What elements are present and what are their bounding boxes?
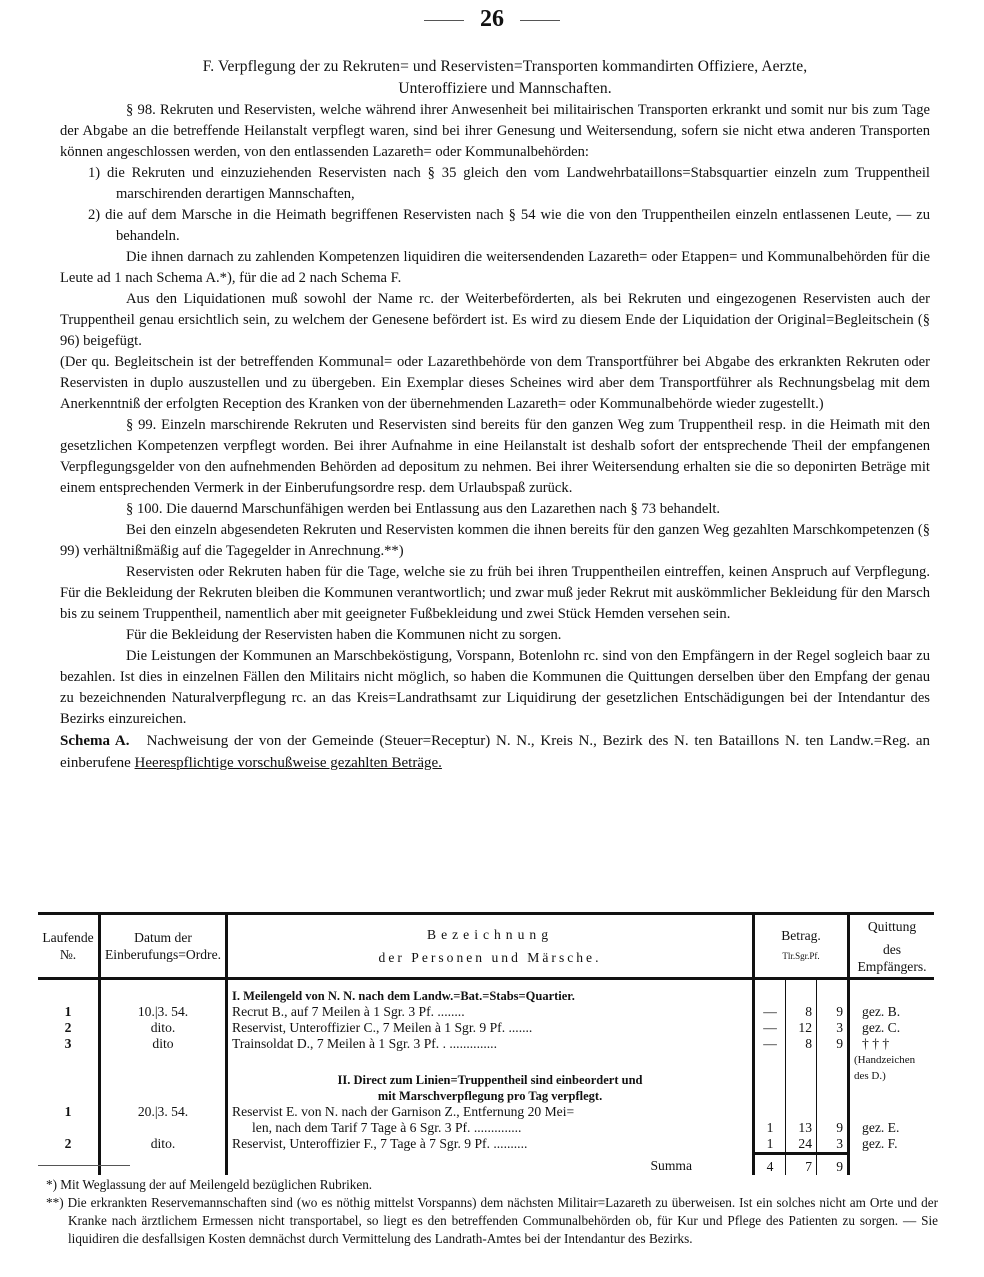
row-nr: 3 (38, 1036, 100, 1084)
row-description-line1: Reservist E. von N. nach der Garnison Z.… (232, 1104, 748, 1120)
table-row: 2 dito. Reservist, Unteroffizier F., 7 T… (38, 1136, 934, 1154)
section-title: F. Verpflegung der zu Rekruten= und Rese… (60, 56, 950, 100)
row-description: Recrut B., auf 7 Meilen à 1 Sgr. 3 Pf. .… (227, 1004, 754, 1020)
cross-marks: † † † (862, 1036, 930, 1052)
header-description-line2: der Personen und Märsche. (232, 949, 748, 966)
row-date: 20.|3. 54. (100, 1104, 227, 1136)
row-taler: — (754, 1004, 786, 1020)
section-row-2: II. Direct zum Linien=Truppentheil sind … (38, 1084, 934, 1104)
paragraph-98: § 98. Rekruten und Reservisten, welche w… (60, 100, 930, 163)
row-nr: 1 (38, 1004, 100, 1020)
paragraph-liquidationen: Aus den Liquidationen muß sowohl der Nam… (60, 289, 930, 352)
row-pfennig: 3 (817, 1136, 849, 1154)
paragraph-zu-frueh: Reservisten oder Rekruten haben für die … (60, 562, 930, 625)
header-description: Bezeichnung der Personen und Märsche. (227, 914, 754, 979)
rule-right (520, 20, 560, 21)
header-receipt: Quittung des Empfängers. (849, 914, 934, 979)
section-1-heading: I. Meilengeld von N. N. nach dem Landw.=… (227, 979, 754, 1005)
row-pfennig: 9 (817, 1036, 849, 1084)
footnote-2: **) Die erkrankten Reservemannschaften s… (38, 1194, 938, 1248)
row-pfennig: 3 (817, 1020, 849, 1036)
paragraph-note-begleitschein: (Der qu. Begleitschein ist der betreffen… (60, 352, 930, 415)
table-row: 1 20.|3. 54. Reservist E. von N. nach de… (38, 1104, 934, 1136)
section-2-line2: mit Marschverpflegung pro Tag verpflegt. (232, 1088, 748, 1104)
header-receipt-line2: des Empfängers. (854, 941, 930, 975)
schema-label: Schema A. (60, 733, 129, 749)
row-receipt: gez. E. (849, 1104, 934, 1136)
row-date: dito (100, 1036, 227, 1084)
header-amount-units: Tlr.Sgr.Pf. (759, 948, 843, 965)
row-taler: — (754, 1036, 786, 1084)
paragraph-bekleidung-reservisten: Für die Bekleidung der Reservisten haben… (60, 625, 930, 646)
row-description: Reservist, Unteroffizier F., 7 Tage à 7 … (227, 1136, 754, 1154)
row-date: dito. (100, 1020, 227, 1036)
paragraph-leistungen: Die Leistungen der Kommunen an Marschbek… (60, 646, 930, 730)
page-number: 26 (0, 6, 984, 33)
schema-a-table: Laufende №. Datum der Einberufungs=Ordre… (38, 912, 934, 1175)
paragraph-100: § 100. Die dauernd Marschunfähigen werde… (60, 499, 930, 520)
footnotes: *) Mit Weglassung der auf Meilengeld bez… (38, 1165, 938, 1248)
rule-left (424, 20, 464, 21)
header-date: Datum der Einberufungs=Ordre. (100, 914, 227, 979)
section-title-text: Verpflegung der zu Rekruten= und Reservi… (218, 58, 807, 75)
section-row-1: I. Meilengeld von N. N. nach dem Landw.=… (38, 979, 934, 1005)
row-receipt: † † † (Handzeichen des D.) (849, 1036, 934, 1084)
row-date: 10.|3. 54. (100, 1004, 227, 1020)
row-date: dito. (100, 1136, 227, 1154)
paragraph-kompetenzen: Die ihnen darnach zu zahlenden Kompetenz… (60, 247, 930, 289)
body-text: § 98. Rekruten und Reservisten, welche w… (60, 100, 930, 774)
section-title-line2: Unteroffiziere und Mannschaften. (60, 78, 950, 100)
paragraph-99: § 99. Einzeln marschirende Rekruten und … (60, 415, 930, 499)
footnote-rule (38, 1165, 130, 1166)
section-title-line1: F. Verpflegung der zu Rekruten= und Rese… (60, 56, 950, 78)
row-nr: 2 (38, 1136, 100, 1154)
page-number-text: 26 (480, 6, 504, 32)
row-pfennig: 9 (817, 1004, 849, 1020)
row-taler: — (754, 1020, 786, 1036)
table-row: 1 10.|3. 54. Recrut B., auf 7 Meilen à 1… (38, 1004, 934, 1020)
row-silbergroschen: 24 (786, 1136, 817, 1154)
section-letter: F. (203, 58, 214, 75)
list-item-2: 2) die auf dem Marsche in die Heimath be… (60, 205, 930, 247)
table-header-row: Laufende №. Datum der Einberufungs=Ordre… (38, 914, 934, 979)
row-description: Reservist E. von N. nach der Garnison Z.… (227, 1104, 754, 1136)
handzeichen-note: (Handzeichen des D.) (854, 1052, 930, 1084)
row-receipt: gez. B. (849, 1004, 934, 1020)
header-nr: Laufende №. (38, 914, 100, 979)
row-description: Reservist, Unteroffizier C., 7 Meilen à … (227, 1020, 754, 1036)
row-receipt: gez. F. (849, 1136, 934, 1154)
paragraph-einzeln: Bei den einzeln abgesendeten Rekruten un… (60, 520, 930, 562)
table-row: 2 dito. Reservist, Unteroffizier C., 7 M… (38, 1020, 934, 1036)
document-page: 26 F. Verpflegung der zu Rekruten= und R… (0, 0, 984, 1277)
schema-table-wrap: Laufende №. Datum der Einberufungs=Ordre… (38, 912, 934, 1175)
header-amount: Betrag. Tlr.Sgr.Pf. (754, 914, 849, 979)
header-description-line1: Bezeichnung (232, 926, 748, 943)
row-taler: 1 (754, 1136, 786, 1154)
row-silbergroschen: 8 (786, 1004, 817, 1020)
row-taler: 1 (754, 1104, 786, 1136)
row-silbergroschen: 8 (786, 1036, 817, 1084)
footnote-1: *) Mit Weglassung der auf Meilengeld bez… (38, 1176, 938, 1194)
section-2-heading: II. Direct zum Linien=Truppentheil sind … (227, 1084, 754, 1104)
header-receipt-line1: Quittung (854, 918, 930, 935)
section-2-line1: II. Direct zum Linien=Truppentheil sind … (232, 1072, 748, 1088)
row-pfennig: 9 (817, 1104, 849, 1136)
list-item-1: 1) die Rekruten und einzuziehenden Reser… (60, 163, 930, 205)
row-silbergroschen: 13 (786, 1104, 817, 1136)
row-description-line2: len, nach dem Tarif 7 Tage à 6 Sgr. 3 Pf… (232, 1120, 748, 1136)
schema-heading-underlined: Heerespflichtige vorschußweise gezahlten… (135, 755, 442, 771)
row-nr: 2 (38, 1020, 100, 1036)
header-amount-label: Betrag. (759, 927, 843, 944)
row-silbergroschen: 12 (786, 1020, 817, 1036)
row-nr: 1 (38, 1104, 100, 1136)
row-receipt: gez. C. (849, 1020, 934, 1036)
schema-heading: Schema A. Nachweisung der von der Gemein… (60, 730, 930, 774)
